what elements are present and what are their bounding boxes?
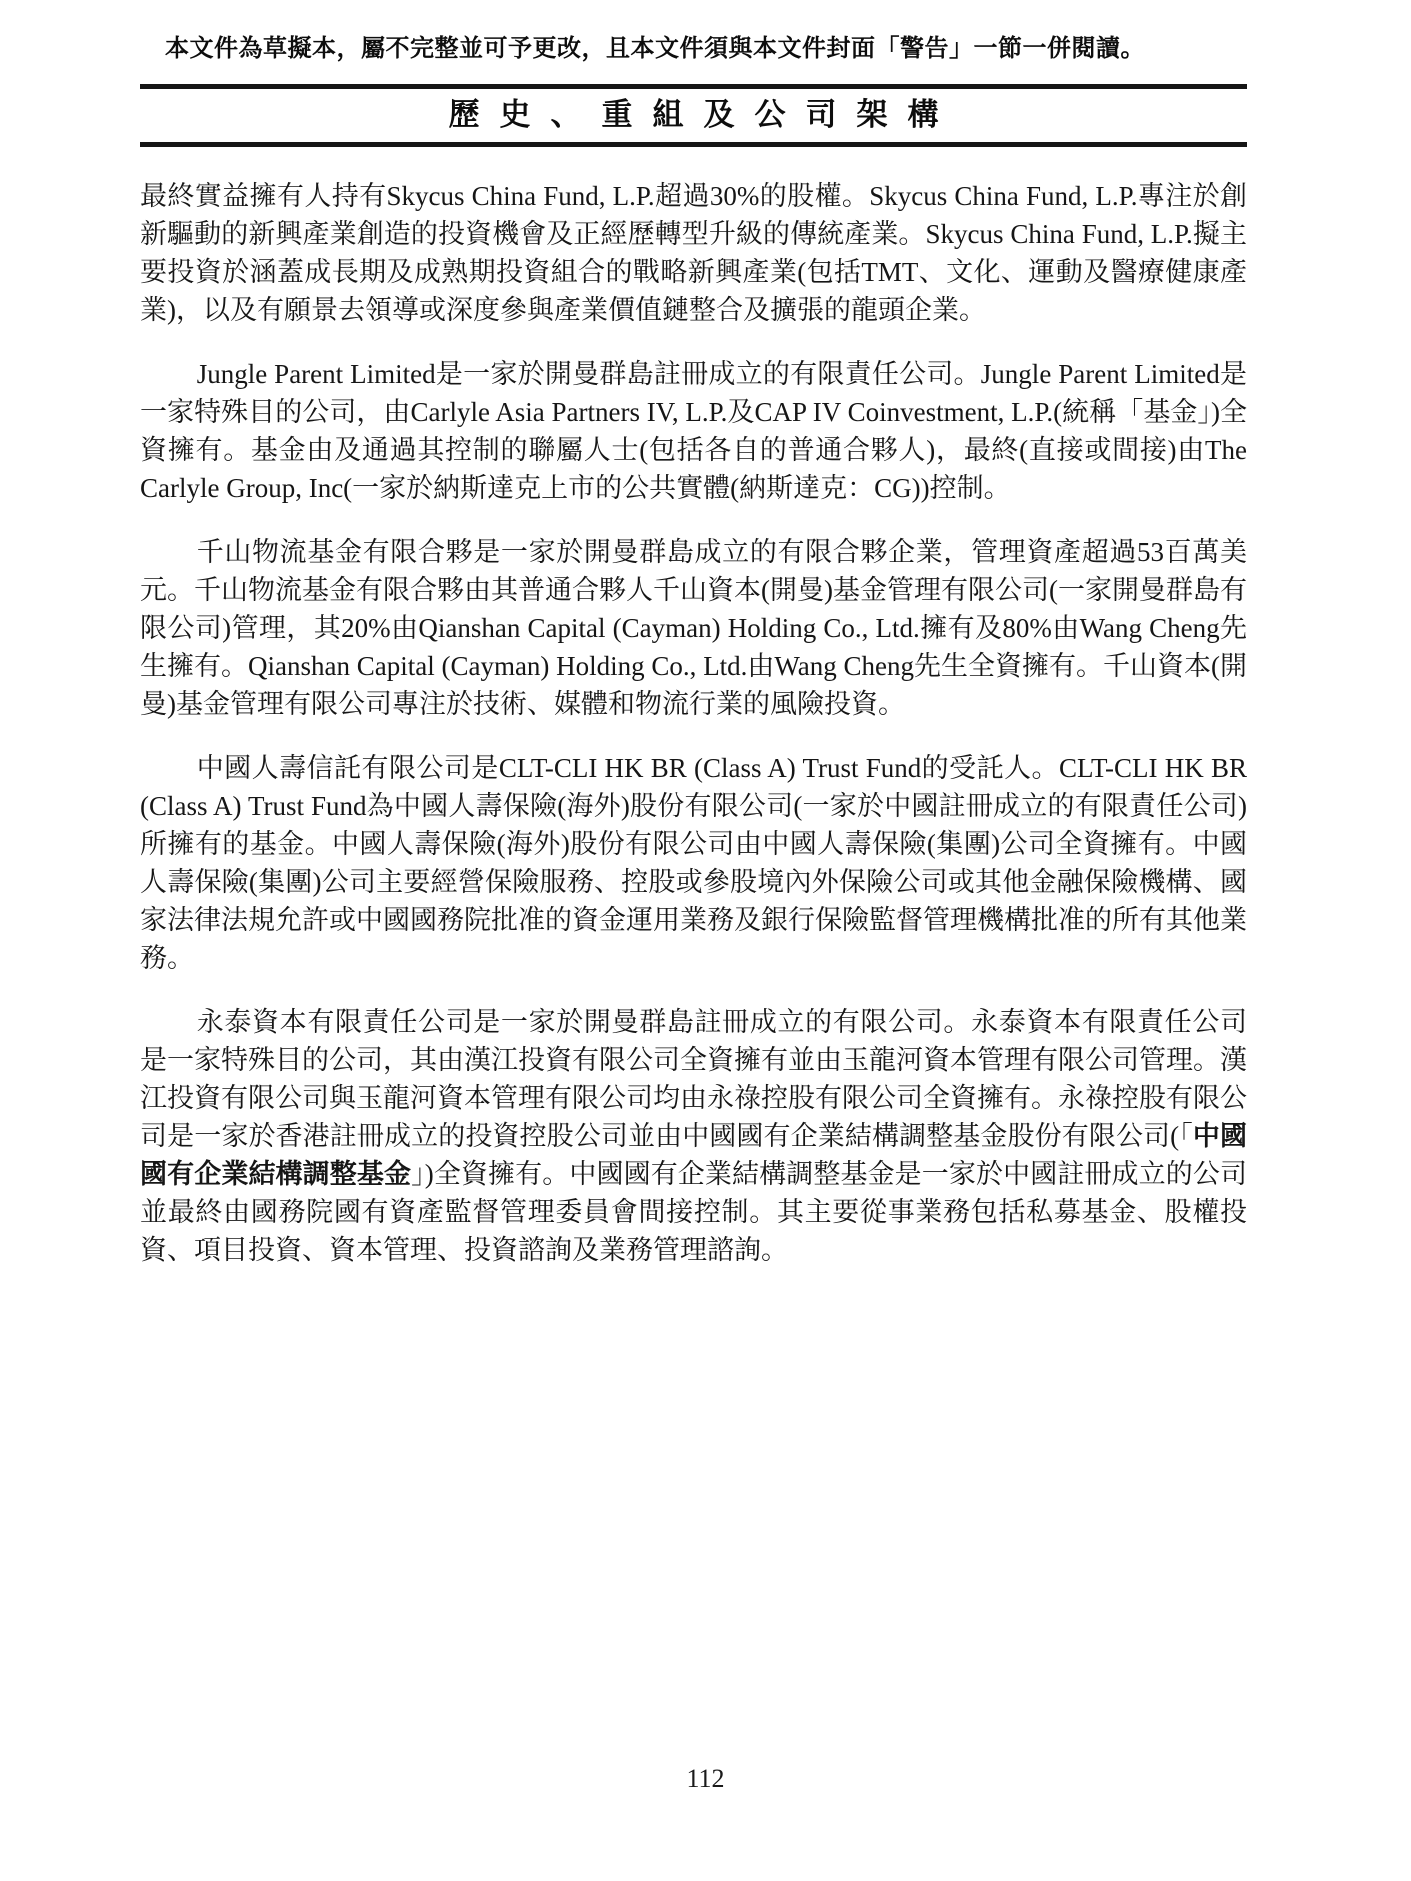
section-title-block: 歷史、重組及公司架構 (140, 84, 1247, 147)
prospectus-page: 本文件為草擬本，屬不完整並可予更改，且本文件須與本文件封面「警告」一節一併閱讀。… (0, 0, 1411, 1881)
paragraph-text: 永泰資本有限責任公司是一家於開曼群島註冊成立的有限公司。永泰資本有限責任公司是一… (140, 1007, 1247, 1151)
paragraph-text: 千山物流基金有限合夥是一家於開曼群島成立的有限合夥企業，管理資產超過53百萬美元… (140, 537, 1247, 719)
section-title: 歷史、重組及公司架構 (140, 95, 1247, 135)
paragraph: 中國人壽信託有限公司是CLT-CLI HK BR (Class A) Trust… (140, 749, 1247, 977)
paragraph-text: 中國人壽信託有限公司是CLT-CLI HK BR (Class A) Trust… (140, 753, 1247, 973)
title-rule-top (140, 84, 1247, 89)
paragraph-text: Jungle Parent Limited是一家於開曼群島註冊成立的有限責任公司… (140, 359, 1247, 503)
paragraph: 千山物流基金有限合夥是一家於開曼群島成立的有限合夥企業，管理資產超過53百萬美元… (140, 533, 1247, 723)
page-number: 112 (0, 1764, 1411, 1794)
paragraph-text: 最終實益擁有人持有Skycus China Fund, L.P.超過30%的股權… (140, 181, 1247, 325)
paragraph: 永泰資本有限責任公司是一家於開曼群島註冊成立的有限公司。永泰資本有限責任公司是一… (140, 1003, 1247, 1269)
draft-disclaimer: 本文件為草擬本，屬不完整並可予更改，且本文件須與本文件封面「警告」一節一併閱讀。 (165, 28, 1272, 63)
paragraph: Jungle Parent Limited是一家於開曼群島註冊成立的有限責任公司… (140, 355, 1247, 507)
paragraph: 最終實益擁有人持有Skycus China Fund, L.P.超過30%的股權… (140, 177, 1247, 329)
title-rule-bottom (140, 142, 1247, 147)
body-text: 最終實益擁有人持有Skycus China Fund, L.P.超過30%的股權… (140, 177, 1247, 1295)
